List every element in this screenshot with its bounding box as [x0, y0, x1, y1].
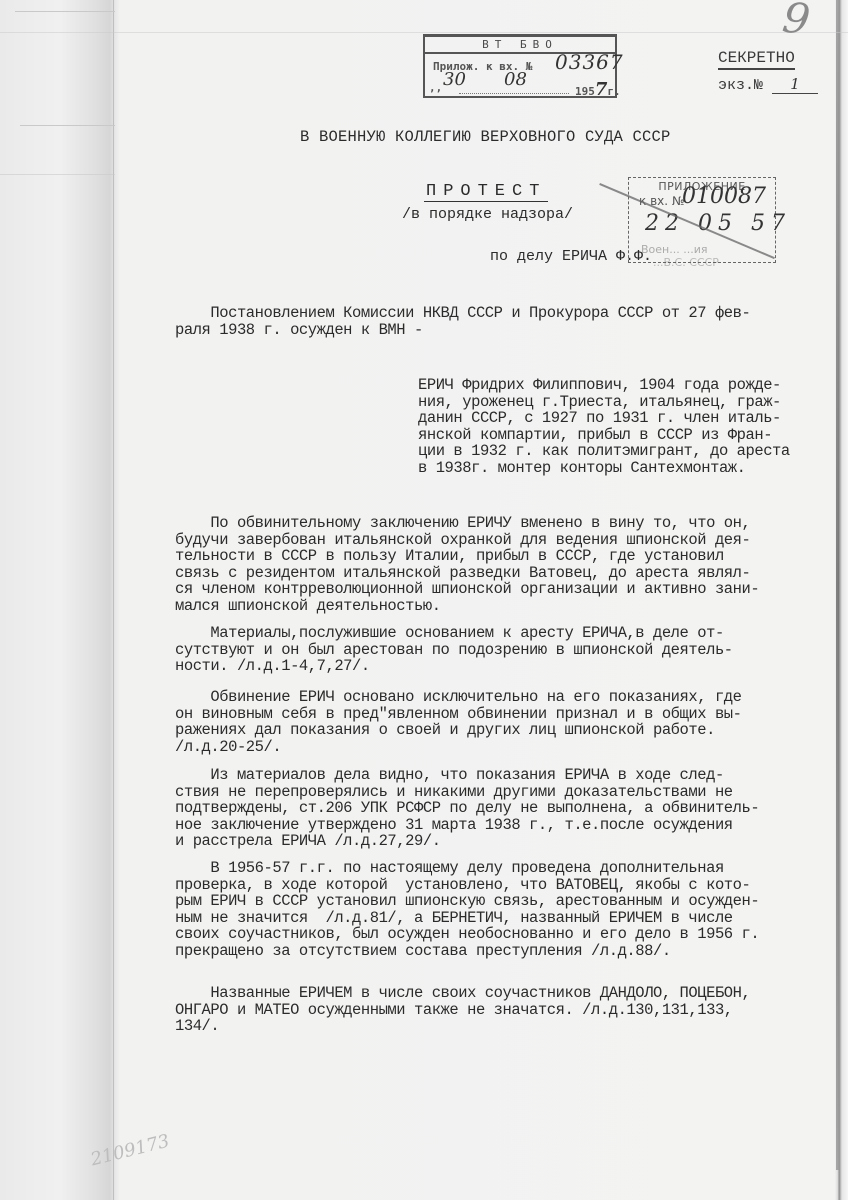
addressee: В ВОЕННУЮ КОЛЛЕГИЮ ВЕРХОВНОГО СУДА СССР: [300, 128, 671, 146]
body-paragraph: Из материалов дела видно, что показания …: [175, 767, 759, 850]
classification-mark: СЕКРЕТНО: [718, 49, 795, 70]
convicted-person-block: ЕРИЧ Фридрих Филиппович, 1904 года рожде…: [418, 377, 790, 476]
body-paragraph: Обвинение ЕРИЧ основано исключительно на…: [175, 689, 742, 755]
faint-bleed-through-mark: 2109173: [89, 1131, 172, 1171]
stamp-date-underline: [459, 93, 569, 94]
appendix-stamp-number: 010087: [682, 184, 766, 209]
appendix-stamp-faded-line: ...В.С. СССР: [653, 256, 775, 269]
stamp-year: 1957г.: [575, 79, 621, 100]
scan-artifact: [0, 174, 115, 175]
body-paragraph: Названные ЕРИЧЕМ в числе своих соучастни…: [175, 985, 750, 1035]
page-right-edge: [836, 0, 839, 1170]
body-paragraph: По обвинительному заключению ЕРИЧУ вмене…: [175, 515, 759, 614]
appendix-stamp-date-row: 22 05 57: [639, 215, 775, 235]
scan-artifact: [15, 11, 115, 12]
stamp-year-suffix: 7: [595, 79, 608, 100]
scan-artifact: [0, 32, 848, 33]
binding-fold-shadow: [113, 0, 114, 1200]
stamp-day: 30: [443, 69, 466, 90]
stamp-number: 03367: [555, 50, 624, 74]
stamp-month: 08: [504, 69, 527, 90]
body-paragraph: В 1956-57 г.г. по настоящему делу провед…: [175, 860, 759, 959]
scan-artifact: [20, 125, 115, 126]
stamp-date-row: ,, 30 08 1957г.: [429, 81, 615, 94]
copy-number-line: экз.№ 1: [718, 75, 818, 94]
copy-number: 1: [772, 75, 818, 94]
copy-label: экз.№: [718, 77, 763, 94]
document-subtitle: /в порядке надзора/: [402, 206, 573, 223]
stamp-year-prefix: 195: [575, 85, 595, 98]
registry-stamp: ВТ БВО Прилож. к вх. № 03367 ,, 30 08 19…: [423, 34, 617, 98]
stamp-quote: ,,: [429, 81, 442, 94]
body-paragraph: Материалы,послужившие основанием к арест…: [175, 625, 733, 675]
stamp-year-unit: г.: [607, 85, 620, 98]
scanned-page: 9 ВТ БВО Прилож. к вх. № 03367 ,, 30 08 …: [0, 0, 848, 1200]
appendix-stamp-label: к вх. №: [639, 194, 684, 208]
resolution-paragraph: Постановлением Комиссии НКВД СССР и Прок…: [175, 305, 750, 338]
handwritten-page-number: 9: [780, 0, 813, 45]
document-title: ПРОТЕСТ: [424, 182, 548, 202]
